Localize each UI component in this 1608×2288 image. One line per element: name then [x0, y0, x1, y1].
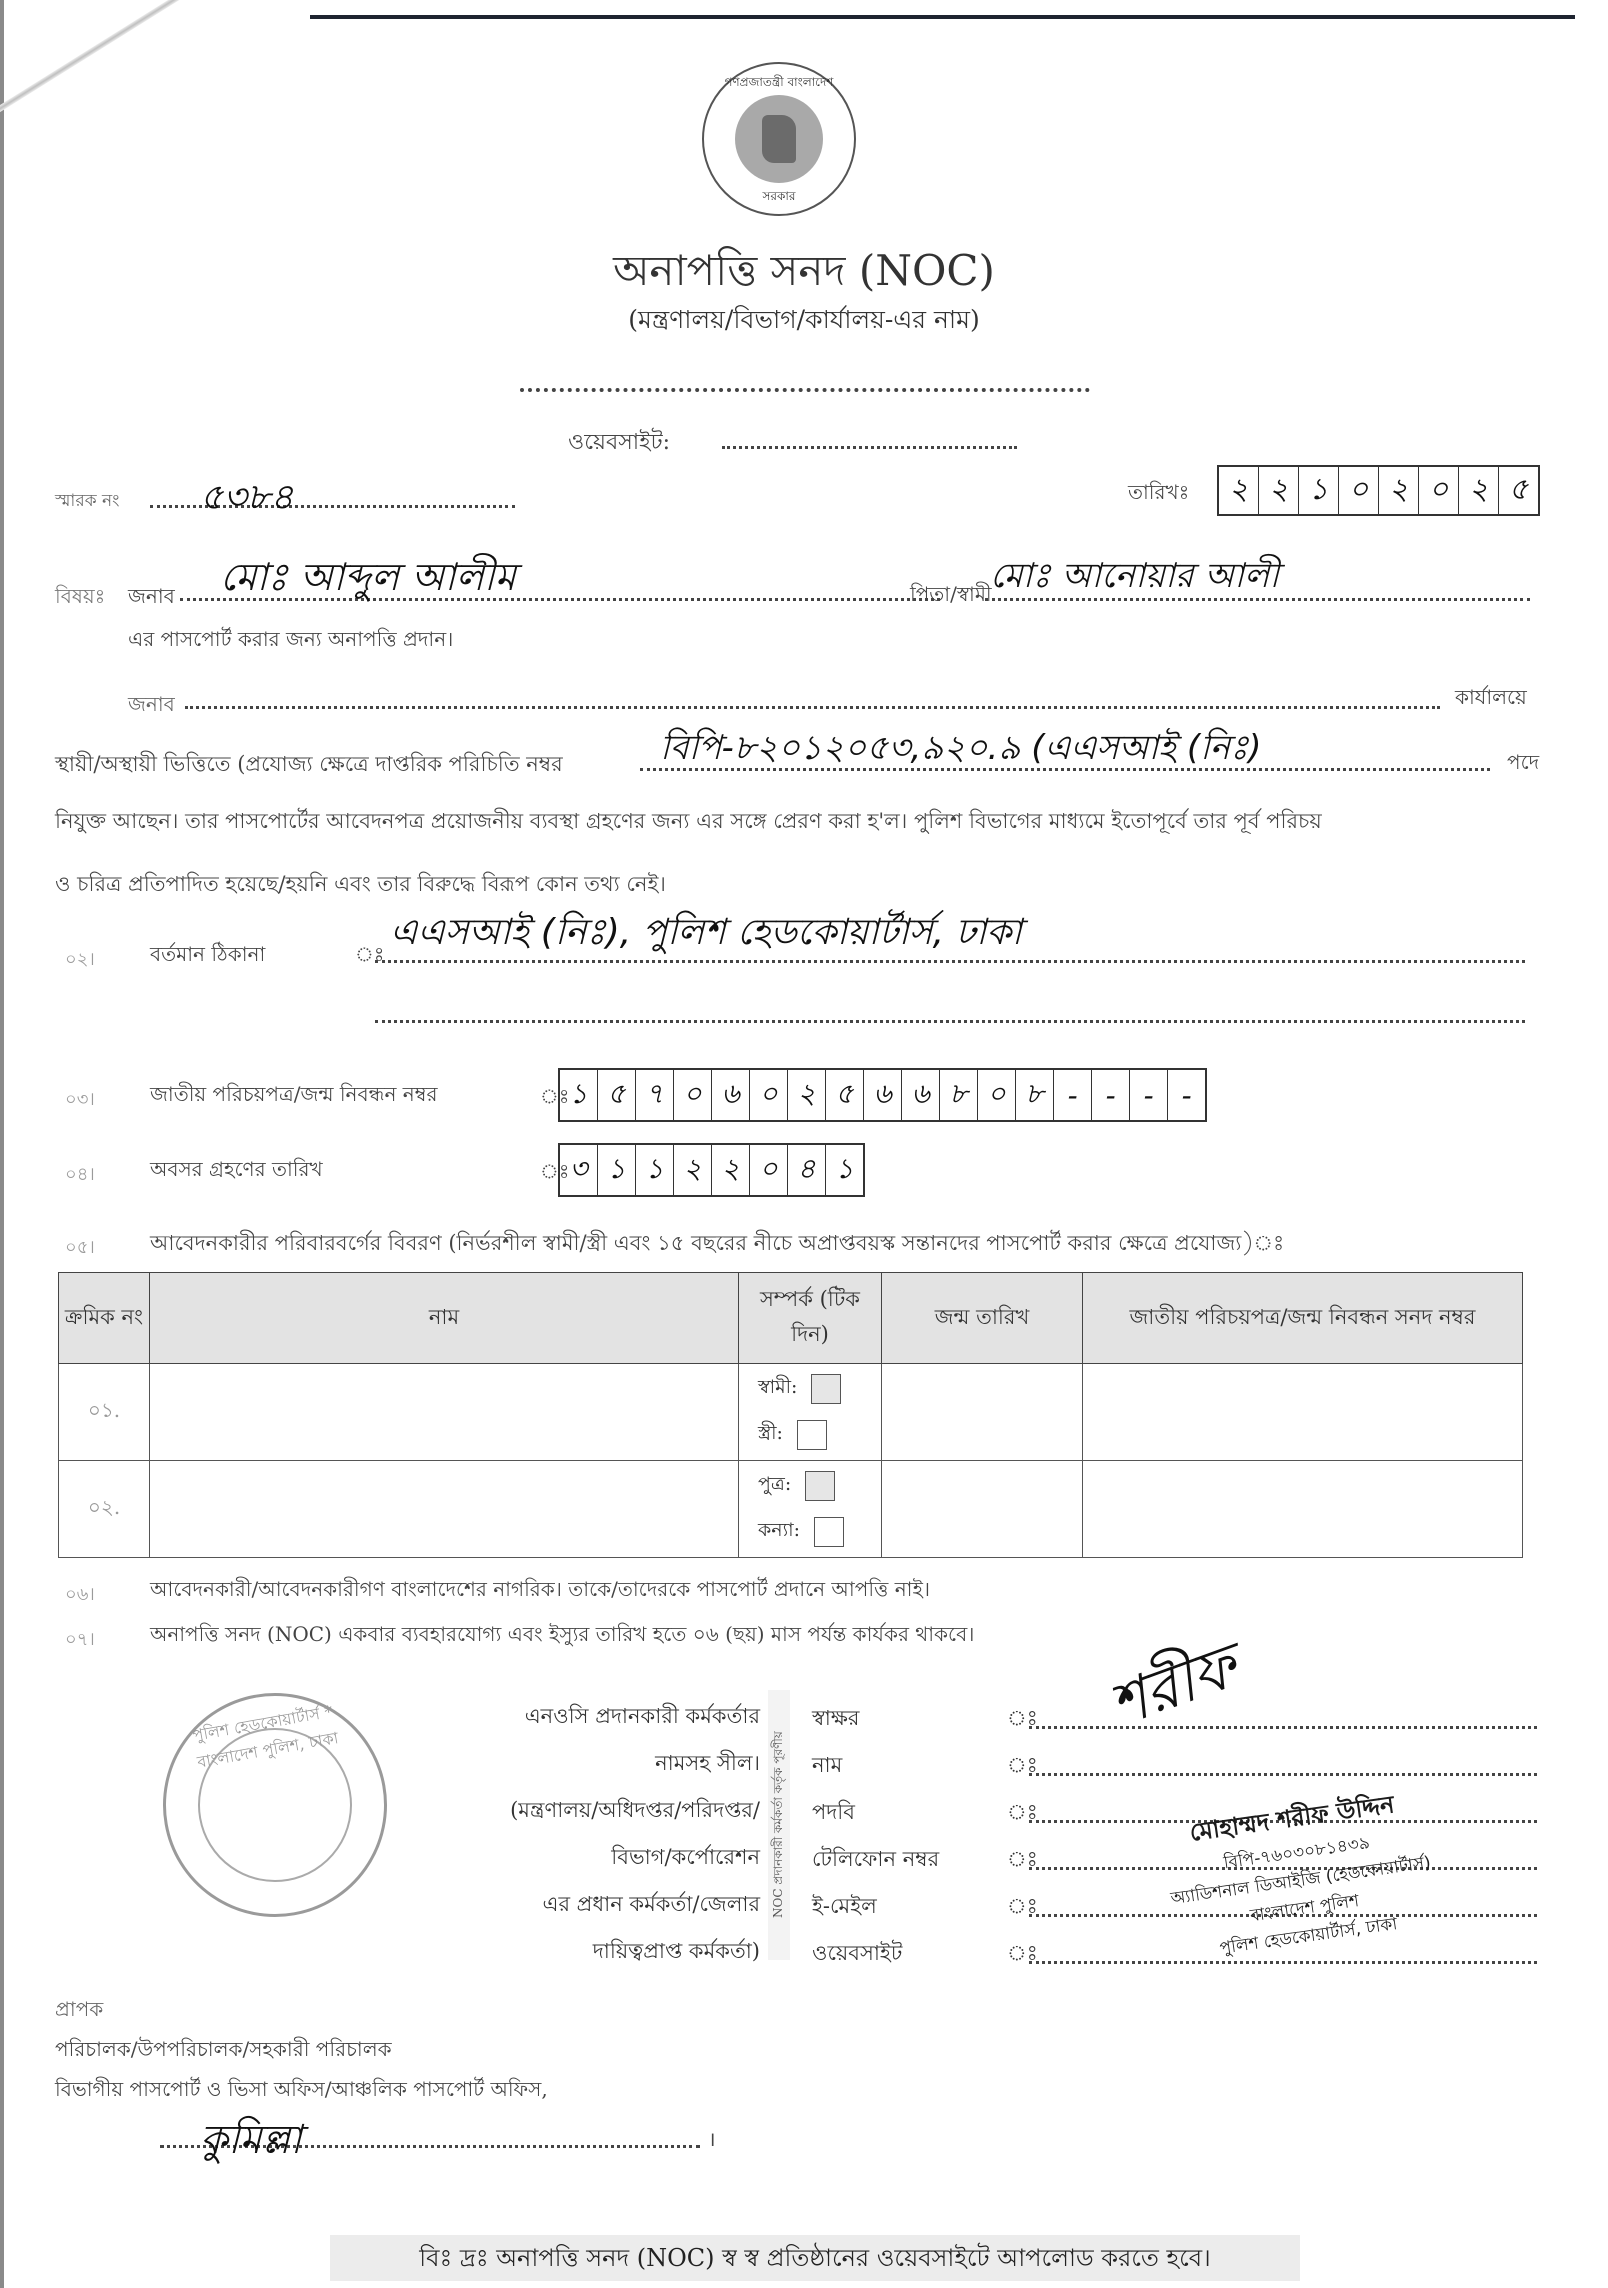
father-name: মোঃ আনোয়ার আলী: [990, 550, 1279, 607]
relation-label: কন্যা:: [758, 1516, 800, 1548]
item-03-label: জাতীয় পরিচয়পত্র/জন্ম নিবন্ধন নম্বর: [150, 1080, 437, 1113]
row-name-cell[interactable]: [150, 1461, 739, 1558]
recipient-line1: পরিচালক/উপপরিচালক/সহকারী পরিচালক: [55, 2035, 392, 2068]
paper-fold-crease: [0, 0, 370, 135]
website-label: ওয়েবসাইট:: [568, 425, 670, 462]
present-address-field-line2[interactable]: [375, 1020, 1525, 1023]
digit-box[interactable]: ৫: [826, 1070, 864, 1120]
digit-box[interactable]: ২: [1459, 467, 1499, 514]
col-dob: জন্ম তারিখ: [882, 1273, 1083, 1364]
recipient-city: কুমিল্লা: [200, 2108, 302, 2175]
issuer-desc-line: (মন্ত্রণালয়/অধিদপ্তর/পরিদপ্তর/: [430, 1787, 760, 1834]
document-title: অনাপত্তি সনদ (NOC): [0, 238, 1608, 309]
emblem-ring-top-text: গণপ্রজাতন্ত্রী বাংলাদেশ: [704, 74, 854, 94]
item-02-number: ০২।: [65, 945, 95, 976]
relation-label: স্ত্রী:: [758, 1419, 783, 1451]
police-hq-seal: পুলিশ হেডকোয়ার্টার্স * বাংলাদেশ পুলিশ, …: [145, 1675, 404, 1934]
digit-box[interactable]: -: [1130, 1070, 1168, 1120]
digit-box[interactable]: ৫: [1499, 467, 1538, 514]
body-line2-suffix: পদে: [1507, 748, 1539, 781]
digit-box[interactable]: -: [1092, 1070, 1130, 1120]
row-dob-cell[interactable]: [882, 1364, 1083, 1461]
digit-box[interactable]: ০: [674, 1070, 712, 1120]
memo-number: ৫৩৮৪: [200, 470, 294, 530]
retirement-date-boxes[interactable]: ৩১১২২০৪১: [558, 1143, 865, 1197]
office-suffix: কার্যালয়ে: [1455, 683, 1527, 716]
official-id-number: বিপি-৮২০১২০৫৩,৯২০.৯ (এএসআই (নিঃ): [660, 722, 1262, 779]
colon: ঃ: [355, 940, 384, 973]
digit-box[interactable]: ৮: [1016, 1070, 1054, 1120]
digit-box[interactable]: ৬: [902, 1070, 940, 1120]
issuer-field-input[interactable]: [1029, 1726, 1537, 1729]
row-serial: ০২.: [59, 1461, 150, 1558]
row-relation-cell: পুত্র: কন্যা:: [739, 1461, 882, 1558]
wife-checkbox[interactable]: [797, 1420, 827, 1450]
row-name-cell[interactable]: [150, 1364, 739, 1461]
danda: ।: [708, 2125, 716, 2152]
officer-office-field[interactable]: [185, 706, 1440, 709]
issuer-desc-line: এর প্রধান কর্মকর্তা/জেলার: [430, 1881, 760, 1928]
body-line4: ও চরিত্র প্রতিপাদিত হয়েছে/হয়নি এবং তার…: [55, 868, 666, 903]
colon: ঃ: [1007, 1702, 1029, 1737]
son-checkbox[interactable]: [805, 1471, 835, 1501]
digit-box[interactable]: ১: [636, 1145, 674, 1195]
recipient-label: প্রাপক: [55, 1995, 103, 2028]
daughter-checkbox[interactable]: [814, 1517, 844, 1547]
digit-box[interactable]: ১: [560, 1070, 598, 1120]
digit-box[interactable]: ২: [712, 1145, 750, 1195]
subject-label: বিষয়ঃ: [55, 582, 105, 615]
issuer-desc-line: বিভাগ/কর্পোরেশন: [430, 1834, 760, 1881]
col-relation: সম্পর্ক (টিক দিন): [739, 1273, 882, 1364]
note-06-text: আবেদনকারী/আবেদনকারীগণ বাংলাদেশের নাগরিক।…: [150, 1575, 930, 1608]
digit-box[interactable]: ১: [598, 1145, 636, 1195]
table-row: ০১. স্বামী: স্ত্রী:: [59, 1364, 1523, 1461]
digit-box[interactable]: ১: [826, 1145, 863, 1195]
relation-label: পুত্র:: [758, 1470, 791, 1502]
issuer-description: এনওসি প্রদানকারী কর্মকর্তার নামসহ সীল। (…: [430, 1693, 760, 1975]
husband-checkbox[interactable]: [811, 1374, 841, 1404]
issuer-field-label: ওয়েবসাইট: [812, 1937, 1007, 1972]
subject-line2: এর পাসপোর্ট করার জন্য অনাপত্তি প্রদান।: [128, 625, 453, 658]
row-dob-cell[interactable]: [882, 1461, 1083, 1558]
present-address: এএসআই (নিঃ), পুলিশ হেডকোয়ার্টার্স, ঢাকা: [390, 905, 1022, 965]
colon: ঃ: [1007, 1796, 1029, 1831]
col-serial: ক্রমিক নং: [59, 1273, 150, 1364]
document-subtitle: (মন্ত্রণালয়/বিভাগ/কার্যালয়-এর নাম): [0, 300, 1608, 343]
colon: ঃ: [1007, 1749, 1029, 1784]
digit-box[interactable]: ১: [1299, 467, 1339, 514]
digit-box[interactable]: ২: [674, 1145, 712, 1195]
body-line2-prefix: স্থায়ী/অস্থায়ী ভিত্তিতে (প্রযোজ্য ক্ষে…: [55, 748, 563, 783]
issuer-field-label: টেলিফোন নম্বর: [812, 1843, 1007, 1878]
page-edge: [0, 0, 4, 2288]
issuer-field-label: পদবি: [812, 1796, 1007, 1831]
colon: ঃ: [1007, 1937, 1029, 1972]
body-mr-label: জনাব: [128, 690, 175, 723]
issuer-field-label: ই-মেইল: [812, 1890, 1007, 1925]
colon: ঃ: [1007, 1890, 1029, 1925]
digit-box[interactable]: -: [1168, 1070, 1205, 1120]
digit-box[interactable]: ৪: [788, 1145, 826, 1195]
applicant-name: মোঃ আব্দুল আলীম: [220, 548, 516, 612]
digit-box[interactable]: ২: [1219, 467, 1259, 514]
government-emblem: গণপ্রজাতন্ত্রী বাংলাদেশ সরকার: [702, 62, 856, 216]
digit-box[interactable]: ০: [750, 1145, 788, 1195]
issuer-vertical-note: NOC প্রদানকারী কর্মকর্তা কর্তৃক পূরণীয়: [768, 1690, 790, 1960]
recipient-line2: বিভাগীয় পাসপোর্ট ও ভিসা অফিস/আঞ্চলিক পা…: [55, 2075, 548, 2108]
digit-box[interactable]: ৬: [864, 1070, 902, 1120]
item-02-label: বর্তমান ঠিকানা: [150, 940, 265, 973]
digit-box[interactable]: ৩: [560, 1145, 598, 1195]
issuer-field-row: নামঃ: [812, 1737, 1537, 1784]
note-07-number: ০৭।: [65, 1625, 95, 1656]
memo-label: স্মারক নং: [55, 488, 119, 516]
row-nid-cell[interactable]: [1083, 1364, 1523, 1461]
family-details-table: ক্রমিক নং নাম সম্পর্ক (টিক দিন) জন্ম তার…: [58, 1272, 1523, 1558]
emblem-map-icon: [735, 95, 823, 183]
row-relation-cell: স্বামী: স্ত্রী:: [739, 1364, 882, 1461]
digit-box[interactable]: ৭: [636, 1070, 674, 1120]
note-07-text: অনাপত্তি সনদ (NOC) একবার ব্যবহারযোগ্য এব…: [150, 1620, 974, 1653]
note-06-number: ০৬।: [65, 1580, 95, 1611]
item-04-label: অবসর গ্রহণের তারিখ: [150, 1155, 323, 1188]
row-serial: ০১.: [59, 1364, 150, 1461]
row-nid-cell[interactable]: [1083, 1461, 1523, 1558]
digit-box[interactable]: ৬: [712, 1070, 750, 1120]
website-field[interactable]: [722, 446, 1017, 449]
top-border-rule: [310, 15, 1575, 19]
col-nid: জাতীয় পরিচয়পত্র/জন্ম নিবন্ধন সনদ নম্বর: [1083, 1273, 1523, 1364]
relation-label: স্বামী:: [758, 1373, 797, 1405]
issuer-desc-line: নামসহ সীল।: [430, 1740, 760, 1787]
table-row: ০২. পুত্র: কন্যা:: [59, 1461, 1523, 1558]
col-name: নাম: [150, 1273, 739, 1364]
colon: ঃ: [1007, 1843, 1029, 1878]
digit-box[interactable]: ৮: [940, 1070, 978, 1120]
item-04-number: ০৪।: [65, 1160, 95, 1191]
ministry-name-field[interactable]: [520, 388, 1090, 392]
date-label: তারিখঃ: [1128, 478, 1189, 511]
digit-box[interactable]: ০: [978, 1070, 1016, 1120]
issuer-desc-line: দায়িত্বপ্রাপ্ত কর্মকর্তা): [430, 1928, 760, 1975]
digit-box[interactable]: ০: [1339, 467, 1379, 514]
body-line3: নিযুক্ত আছেন। তার পাসপোর্টের আবেদনপত্র প…: [55, 805, 1322, 840]
item-05-label: আবেদনকারীর পরিবারবর্গের বিবরণ (নির্ভরশীল…: [150, 1227, 1284, 1262]
table-header-row: ক্রমিক নং নাম সম্পর্ক (টিক দিন) জন্ম তার…: [59, 1273, 1523, 1364]
digit-box[interactable]: ৫: [598, 1070, 636, 1120]
digit-box[interactable]: -: [1054, 1070, 1092, 1120]
nid-boxes[interactable]: ১৫৭০৬০২৫৬৬৮০৮----: [558, 1068, 1207, 1122]
issuer-field-label: নাম: [812, 1749, 1007, 1784]
subject-mr-label: জনাব: [128, 582, 175, 615]
item-03-number: ০৩।: [65, 1085, 95, 1116]
digit-box[interactable]: ২: [1259, 467, 1299, 514]
item-05-number: ০৫।: [65, 1233, 95, 1264]
father-label: পিতা/স্বামী: [910, 580, 992, 613]
digit-box[interactable]: ২: [1379, 467, 1419, 514]
digit-box[interactable]: ২: [788, 1070, 826, 1120]
footer-note: বিঃ দ্রঃ অনাপত্তি সনদ (NOC) স্ব স্ব প্রত…: [330, 2235, 1300, 2281]
issuer-field-label: স্বাক্ষর: [812, 1702, 1007, 1737]
digit-box[interactable]: ০: [750, 1070, 788, 1120]
issuer-desc-line: এনওসি প্রদানকারী কর্মকর্তার: [430, 1693, 760, 1740]
digit-box[interactable]: ০: [1419, 467, 1459, 514]
emblem-ring-bottom-text: সরকার: [704, 188, 854, 208]
date-boxes[interactable]: ২২১০২০২৫: [1217, 465, 1540, 516]
